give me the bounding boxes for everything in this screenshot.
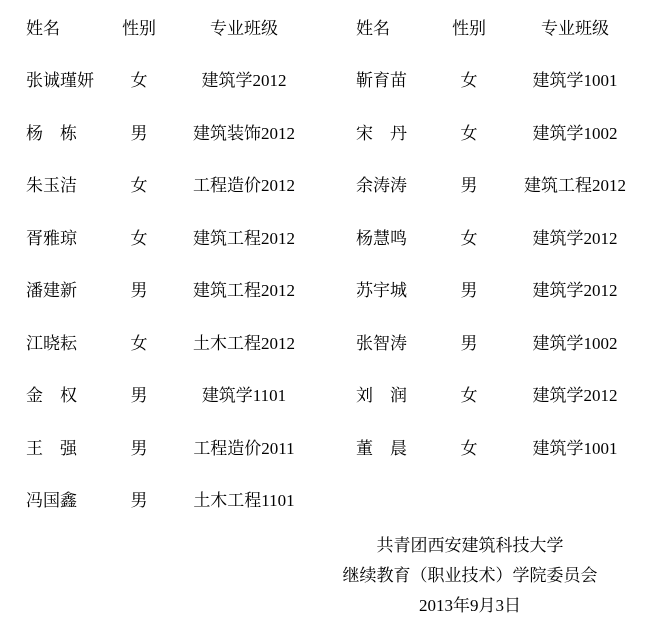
name-cell: 朱玉洁 <box>0 171 114 196</box>
name-cell: 张诚瑾妍 <box>0 66 114 91</box>
name-cell: 江晓耘 <box>0 329 114 354</box>
signature-date: 2013年9月3日 <box>300 591 640 621</box>
gender-cell: 女 <box>114 224 164 249</box>
name-cell: 宋 丹 <box>330 119 444 144</box>
name-cell: 王 强 <box>0 434 114 459</box>
class-cell: 建筑学1101 <box>164 381 324 406</box>
right-table: 姓名 性别 专业班级 靳育苗 女 建筑学1001 宋 丹 女 建筑学1002 余… <box>330 0 657 473</box>
table-row: 江晓耘 女 土木工程2012 <box>0 315 330 368</box>
gender-cell: 男 <box>114 119 164 144</box>
name-cell: 杨 栋 <box>0 119 114 144</box>
gender-cell: 男 <box>114 434 164 459</box>
gender-cell: 男 <box>114 381 164 406</box>
gender-cell: 女 <box>444 224 494 249</box>
left-table-header-row: 姓名 性别 专业班级 <box>0 0 330 53</box>
col-header-name: 姓名 <box>330 14 444 39</box>
class-cell: 建筑学2012 <box>494 381 656 406</box>
table-row: 王 强 男 工程造价2011 <box>0 420 330 473</box>
gender-cell: 女 <box>444 381 494 406</box>
gender-cell: 男 <box>444 171 494 196</box>
class-cell: 建筑学1002 <box>494 329 656 354</box>
class-cell: 建筑工程2012 <box>164 224 324 249</box>
name-cell: 苏宇城 <box>330 276 444 301</box>
name-cell: 靳育苗 <box>330 66 444 91</box>
class-cell: 建筑学1001 <box>494 66 656 91</box>
class-cell: 建筑学1002 <box>494 119 656 144</box>
gender-cell: 女 <box>444 66 494 91</box>
gender-cell: 女 <box>114 329 164 354</box>
gender-cell: 男 <box>114 486 164 511</box>
table-row: 朱玉洁 女 工程造价2012 <box>0 158 330 211</box>
table-row: 杨慧鸣 女 建筑学2012 <box>330 210 657 263</box>
col-header-class: 专业班级 <box>494 14 656 39</box>
name-cell: 冯国鑫 <box>0 486 114 511</box>
class-cell: 建筑学1001 <box>494 434 656 459</box>
table-row: 苏宇城 男 建筑学2012 <box>330 263 657 316</box>
col-header-name: 姓名 <box>0 14 114 39</box>
table-row: 张诚瑾妍 女 建筑学2012 <box>0 53 330 106</box>
gender-cell: 男 <box>444 276 494 301</box>
class-cell: 建筑学2012 <box>164 66 324 91</box>
class-cell: 土木工程2012 <box>164 329 324 354</box>
class-cell: 建筑工程2012 <box>494 171 656 196</box>
name-cell: 潘建新 <box>0 276 114 301</box>
table-row: 靳育苗 女 建筑学1001 <box>330 53 657 106</box>
gender-cell: 女 <box>114 171 164 196</box>
class-cell: 工程造价2012 <box>164 171 324 196</box>
name-cell: 张智涛 <box>330 329 444 354</box>
gender-cell: 男 <box>114 276 164 301</box>
student-tables: 姓名 性别 专业班级 张诚瑾妍 女 建筑学2012 杨 栋 男 建筑装饰2012… <box>0 0 657 525</box>
signature-org-line-2: 继续教育（职业技术）学院委员会 <box>300 561 640 591</box>
gender-cell: 男 <box>444 329 494 354</box>
class-cell: 建筑学2012 <box>494 276 656 301</box>
table-row: 杨 栋 男 建筑装饰2012 <box>0 105 330 158</box>
gender-cell: 女 <box>444 434 494 459</box>
col-header-gender: 性别 <box>114 14 164 39</box>
gender-cell: 女 <box>444 119 494 144</box>
class-cell: 建筑装饰2012 <box>164 119 324 144</box>
table-row: 张智涛 男 建筑学1002 <box>330 315 657 368</box>
table-row: 冯国鑫 男 土木工程1101 <box>0 473 330 526</box>
table-row: 胥雅琼 女 建筑工程2012 <box>0 210 330 263</box>
name-cell: 余涛涛 <box>330 171 444 196</box>
table-row: 宋 丹 女 建筑学1002 <box>330 105 657 158</box>
right-table-header-row: 姓名 性别 专业班级 <box>330 0 657 53</box>
class-cell: 建筑学2012 <box>494 224 656 249</box>
name-cell: 刘 润 <box>330 381 444 406</box>
col-header-class: 专业班级 <box>164 14 324 39</box>
name-cell: 胥雅琼 <box>0 224 114 249</box>
document-page: 姓名 性别 专业班级 张诚瑾妍 女 建筑学2012 杨 栋 男 建筑装饰2012… <box>0 0 657 635</box>
table-row: 潘建新 男 建筑工程2012 <box>0 263 330 316</box>
table-row: 刘 润 女 建筑学2012 <box>330 368 657 421</box>
col-header-gender: 性别 <box>444 14 494 39</box>
table-row: 余涛涛 男 建筑工程2012 <box>330 158 657 211</box>
table-row: 董 晨 女 建筑学1001 <box>330 420 657 473</box>
name-cell: 金 权 <box>0 381 114 406</box>
signature-block: 共青团西安建筑科技大学 继续教育（职业技术）学院委员会 2013年9月3日 <box>0 531 640 621</box>
signature-org-line-1: 共青团西安建筑科技大学 <box>300 531 640 561</box>
left-table: 姓名 性别 专业班级 张诚瑾妍 女 建筑学2012 杨 栋 男 建筑装饰2012… <box>0 0 330 525</box>
name-cell: 杨慧鸣 <box>330 224 444 249</box>
gender-cell: 女 <box>114 66 164 91</box>
class-cell: 土木工程1101 <box>164 486 324 511</box>
name-cell: 董 晨 <box>330 434 444 459</box>
table-row: 金 权 男 建筑学1101 <box>0 368 330 421</box>
class-cell: 建筑工程2012 <box>164 276 324 301</box>
class-cell: 工程造价2011 <box>164 434 324 459</box>
